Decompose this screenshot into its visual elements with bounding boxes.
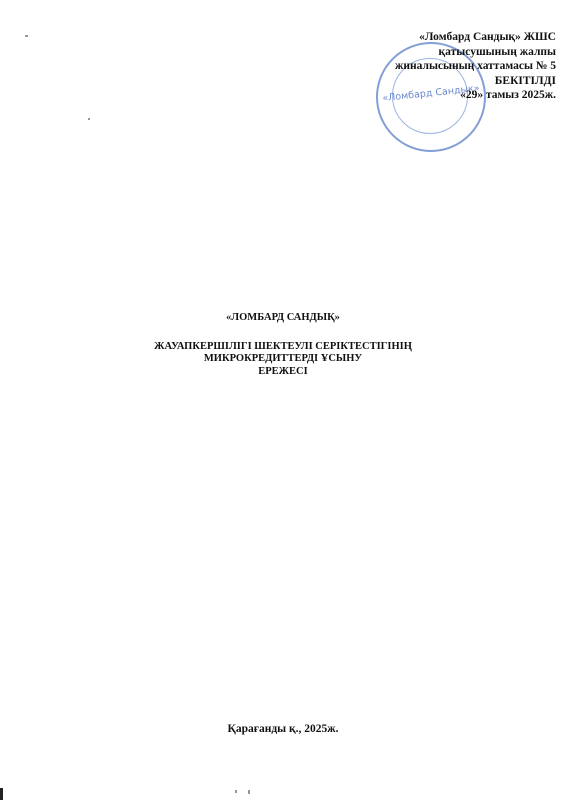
place-and-year: Қарағанды қ., 2025ж. — [0, 723, 566, 735]
approval-block: «Ломбард Сандық» ЖШС қатысушының жалпы ж… — [395, 30, 556, 103]
approval-line: «Ломбард Сандық» ЖШС — [395, 30, 556, 45]
approval-line: қатысушының жалпы — [395, 45, 556, 60]
title-line: МИКРОКРЕДИТТЕРДІ ҰСЫНУ — [0, 353, 566, 366]
document-title: «ЛОМБАРД САНДЫҚ» ЖАУАПКЕРШІЛІГІ ШЕКТЕУЛІ… — [0, 312, 566, 378]
scan-artifact — [248, 790, 250, 794]
title-line: ЖАУАПКЕРШІЛІГІ ШЕКТЕУЛІ СЕРІКТЕСТІГІНІҢ — [0, 341, 566, 354]
scan-artifact — [88, 118, 90, 120]
scan-artifact — [0, 788, 3, 800]
approval-line: жиналысының хаттамасы № 5 — [395, 59, 556, 74]
title-line: ЕРЕЖЕСІ — [0, 366, 566, 379]
approval-date: «29» тамыз 2025ж. — [395, 88, 556, 103]
scan-artifact — [25, 35, 28, 37]
approval-line: БЕКІТІЛДІ — [395, 74, 556, 89]
organization-name: «ЛОМБАРД САНДЫҚ» — [0, 312, 566, 325]
scan-artifact — [235, 790, 237, 793]
